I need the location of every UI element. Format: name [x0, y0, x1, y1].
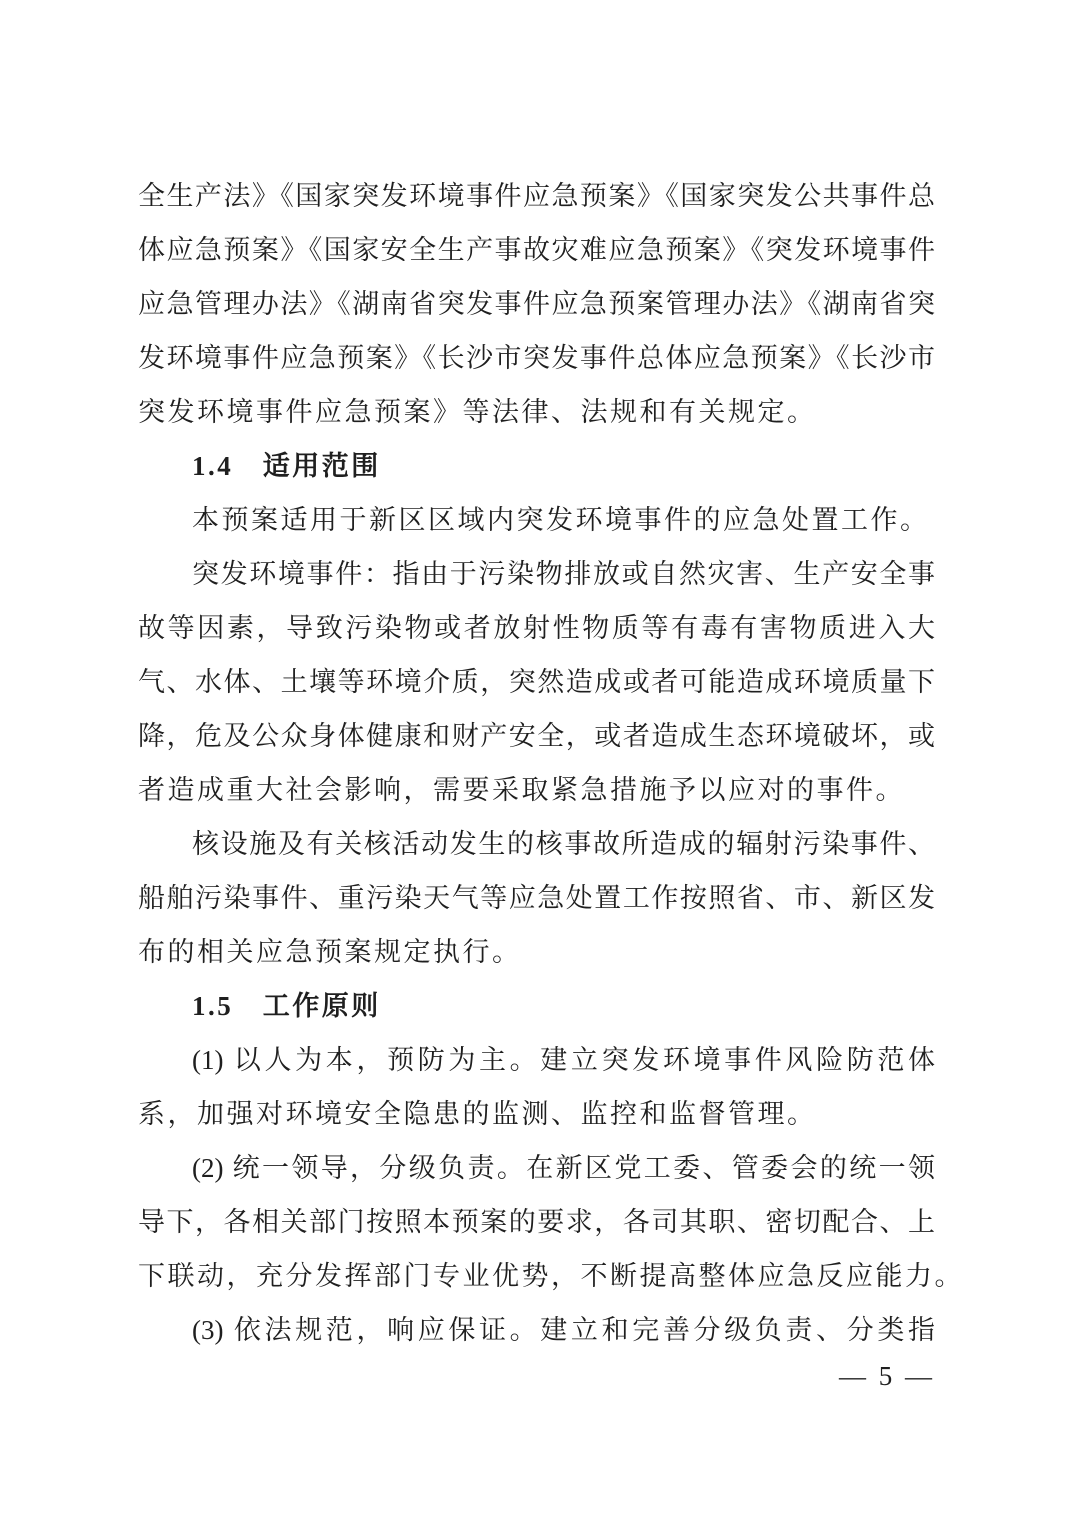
text-line: 故等因素，导致污染物或者放射性物质等有毒有害物质进入大 [138, 601, 935, 655]
text-line: 系，加强对环境安全隐患的监测、监控和监督管理。 [138, 1087, 935, 1141]
text-line: 气、水体、土壤等环境介质，突然造成或者可能造成环境质量下 [138, 655, 935, 709]
text-line: 布的相关应急预案规定执行。 [138, 925, 935, 979]
text-line: 者造成重大社会影响，需要采取紧急措施予以应对的事件。 [138, 763, 935, 817]
text-line: (2) 统一领导，分级负责。在新区党工委、管委会的统一领 [138, 1141, 935, 1195]
text-line: 体应急预案》《国家安全生产事故灾难应急预案》《突发环境事件 [138, 223, 935, 277]
text-line: 全生产法》《国家突发环境事件应急预案》《国家突发公共事件总 [138, 169, 935, 223]
section-heading-1-5: 1.5 工作原则 [138, 979, 935, 1033]
text-line: (3) 依法规范，响应保证。建立和完善分级负责、分类指 [138, 1303, 935, 1357]
text-line: 应急管理办法》《湖南省突发事件应急预案管理办法》《湖南省突 [138, 277, 935, 331]
text-line: 发环境事件应急预案》《长沙市突发事件总体应急预案》《长沙市 [138, 331, 935, 385]
document-body: 全生产法》《国家突发环境事件应急预案》《国家突发公共事件总 体应急预案》《国家安… [138, 169, 935, 1357]
text-line: 船舶污染事件、重污染天气等应急处置工作按照省、市、新区发 [138, 871, 935, 925]
text-line: 降，危及公众身体健康和财产安全，或者造成生态环境破坏，或 [138, 709, 935, 763]
section-heading-1-4: 1.4 适用范围 [138, 439, 935, 493]
page-number: — 5 — [138, 1360, 947, 1392]
text-line: 导下，各相关部门按照本预案的要求，各司其职、密切配合、上 [138, 1195, 935, 1249]
text-line: 突发环境事件应急预案》等法律、法规和有关规定。 [138, 385, 935, 439]
text-line: 核设施及有关核活动发生的核事故所造成的辐射污染事件、 [138, 817, 935, 871]
text-line: (1) 以人为本，预防为主。建立突发环境事件风险防范体 [138, 1033, 935, 1087]
text-line: 本预案适用于新区区域内突发环境事件的应急处置工作。 [138, 493, 935, 547]
text-line: 突发环境事件：指由于污染物排放或自然灾害、生产安全事 [138, 547, 935, 601]
document-page: 全生产法》《国家突发环境事件应急预案》《国家突发公共事件总 体应急预案》《国家安… [0, 0, 1074, 1520]
text-line: 下联动，充分发挥部门专业优势，不断提高整体应急反应能力。 [138, 1249, 935, 1303]
